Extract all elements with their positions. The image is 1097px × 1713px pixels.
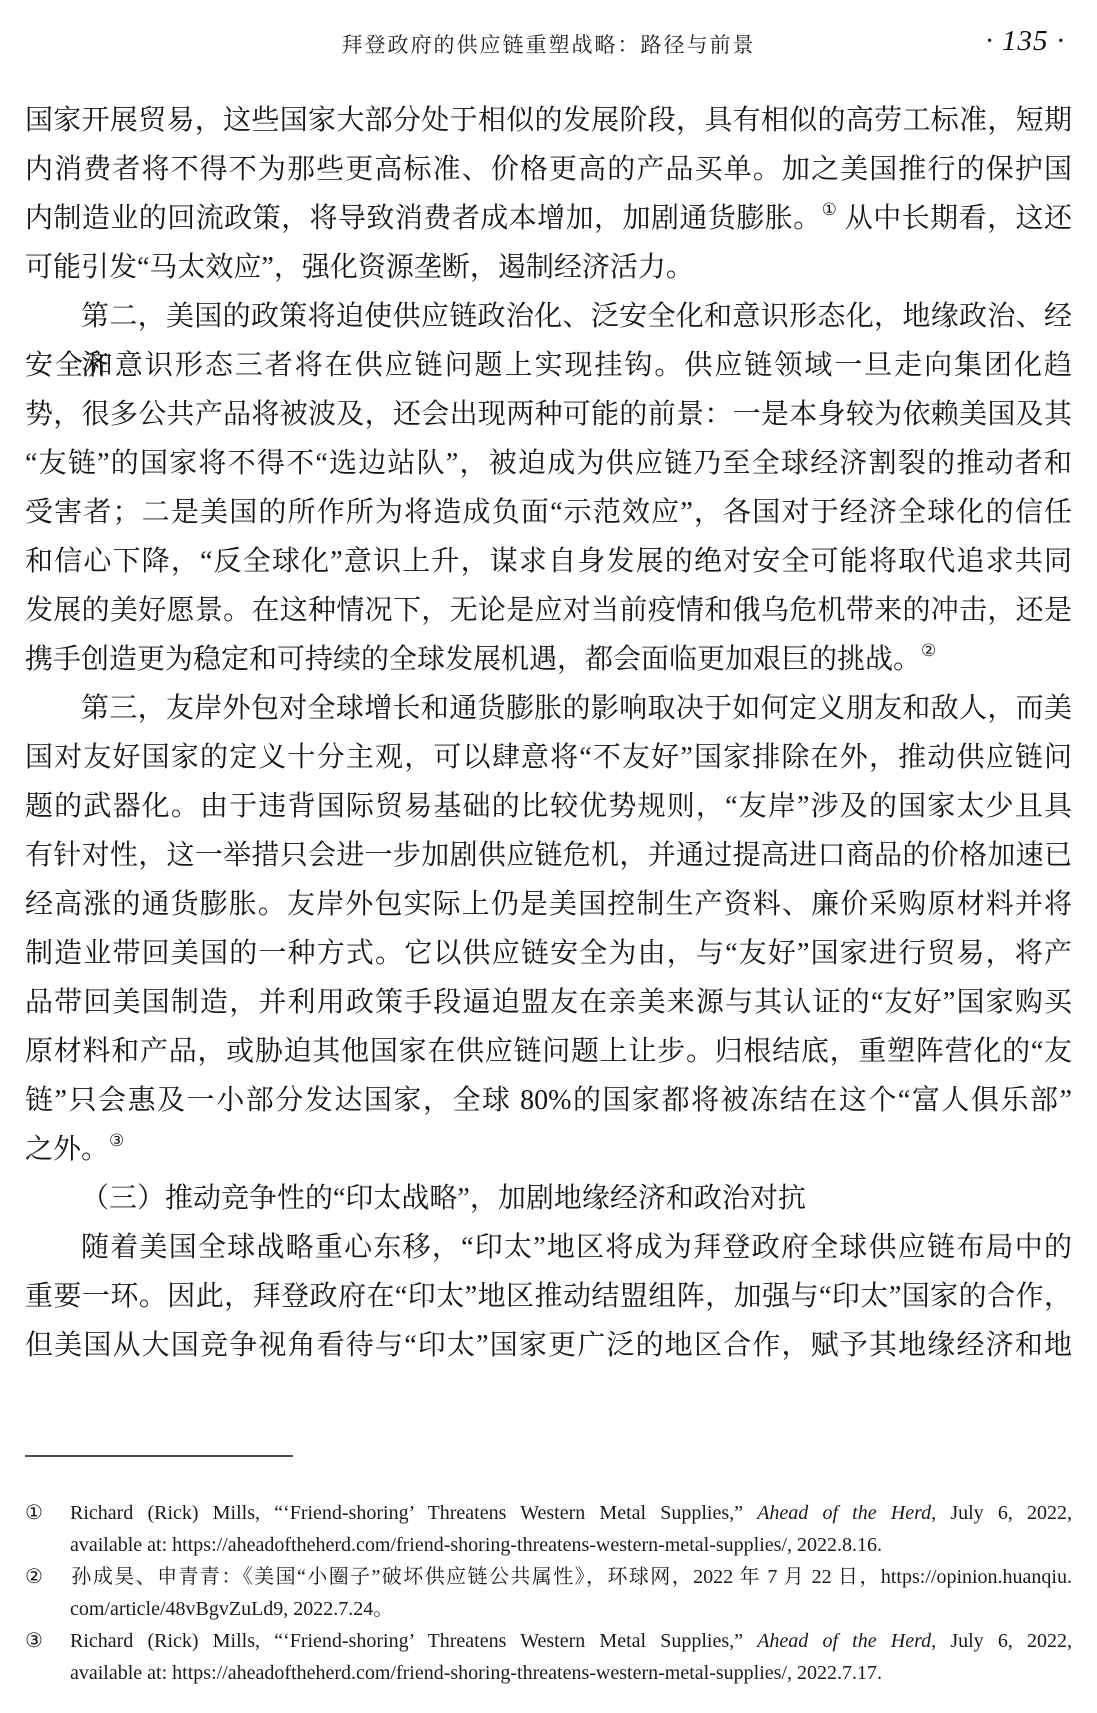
footnote-source-title: Ahead of the Herd — [757, 1502, 931, 1524]
body-line: 势，很多公共产品将被波及，还会出现两种可能的前景：一是本身较为依赖美国及其 — [25, 390, 1072, 439]
footnote-ref: ③ — [109, 1131, 124, 1150]
body-text: 国家开展贸易，这些国家大部分处于相似的发展阶段，具有相似的高劳工标准，短期内消费… — [25, 96, 1072, 1370]
footnote-text: Richard (Rick) Mills, “‘Friend-shoring’ … — [70, 1630, 757, 1652]
footnote-line: ③Richard (Rick) Mills, “‘Friend-shoring’… — [25, 1625, 1072, 1657]
body-line: 随着美国全球战略重心东移，“印太”地区将成为拜登政府全球供应链布局中的 — [25, 1223, 1072, 1272]
body-line: 题的武器化。由于违背国际贸易基础的比较优势规则，“友岸”涉及的国家太少且具 — [25, 782, 1072, 831]
footnote-marker: ② — [25, 1561, 70, 1593]
body-line: 国对友好国家的定义十分主观，可以肆意将“不友好”国家排除在外，推动供应链问 — [25, 733, 1072, 782]
body-line: 受害者；二是美国的所作所为将造成负面“示范效应”，各国对于经济全球化的信任 — [25, 488, 1072, 537]
footnote-text: , July 6, 2022, — [931, 1502, 1072, 1524]
body-line: 链”只会惠及一小部分发达国家，全球 80%的国家都将被冻结在这个“富人俱乐部” — [25, 1076, 1072, 1125]
body-line: 可能引发“马太效应”，强化资源垄断，遏制经济活力。 — [25, 243, 1072, 292]
body-line: 和信心下降，“反全球化”意识上升，谋求自身发展的绝对安全可能将取代追求共同 — [25, 537, 1072, 586]
footnote-line: com/article/48vBgvZuLd9, 2022.7.24。 — [25, 1593, 1072, 1625]
body-line: 第二，美国的政策将迫使供应链政治化、泛安全化和意识形态化，地缘政治、经济 — [25, 292, 1072, 341]
footnotes-list: ①Richard (Rick) Mills, “‘Friend-shoring’… — [25, 1497, 1072, 1689]
footnote-marker: ① — [25, 1497, 70, 1529]
body-line: 原材料和产品，或胁迫其他国家在供应链问题上让步。归根结底，重塑阵营化的“友 — [25, 1027, 1072, 1076]
footnote-line: available at: https://aheadoftheherd.com… — [25, 1657, 1072, 1689]
running-title: 拜登政府的供应链重塑战略：路径与前景 — [0, 30, 1097, 60]
footnote-line: ②孙成昊、申青青：《美国“小圈子”破坏供应链公共属性》，环球网，2022 年 7… — [25, 1561, 1072, 1593]
body-line: （三）推动竞争性的“印太战略”，加剧地缘经济和政治对抗 — [25, 1174, 1072, 1223]
footnote-text: available at: https://aheadoftheherd.com… — [70, 1534, 882, 1556]
body-line: 经高涨的通货膨胀。友岸外包实际上仍是美国控制生产资料、廉价采购原材料并将 — [25, 880, 1072, 929]
paper-page: 拜登政府的供应链重塑战略：路径与前景 · 135 · 国家开展贸易，这些国家大部… — [0, 0, 1097, 1713]
body-line: 第三，友岸外包对全球增长和通货膨胀的影响取决于如何定义朋友和敌人，而美 — [25, 684, 1072, 733]
body-line: 之外。③ — [25, 1125, 1072, 1174]
body-line: 重要一环。因此，拜登政府在“印太”地区推动结盟组阵，加强与“印太”国家的合作， — [25, 1272, 1072, 1321]
body-line: 国家开展贸易，这些国家大部分处于相似的发展阶段，具有相似的高劳工标准，短期 — [25, 96, 1072, 145]
body-line: 品带回美国制造，并利用政策手段逼迫盟友在亲美来源与其认证的“友好”国家购买 — [25, 978, 1072, 1027]
footnote-text: com/article/48vBgvZuLd9, 2022.7.24。 — [70, 1598, 393, 1620]
footnote-source-title: Ahead of the Herd — [757, 1630, 931, 1652]
body-line: “友链”的国家将不得不“选边站队”，被迫成为供应链乃至全球经济割裂的推动者和 — [25, 439, 1072, 488]
footnote-text: , July 6, 2022, — [931, 1630, 1072, 1652]
body-line: 安全和意识形态三者将在供应链问题上实现挂钩。供应链领域一旦走向集团化趋 — [25, 341, 1072, 390]
footnote-ref: ② — [921, 641, 936, 660]
body-line: 制造业带回美国的一种方式。它以供应链安全为由，与“友好”国家进行贸易，将产 — [25, 929, 1072, 978]
footnote-text: Richard (Rick) Mills, “‘Friend-shoring’ … — [70, 1502, 757, 1524]
footnote-text: 孙成昊、申青青：《美国“小圈子”破坏供应链公共属性》，环球网，2022 年 7 … — [70, 1566, 1072, 1588]
footnote-divider — [25, 1455, 293, 1457]
body-line: 有针对性，这一举措只会进一步加剧供应链危机，并通过提高进口商品的价格加速已 — [25, 831, 1072, 880]
footnote-marker: ③ — [25, 1625, 70, 1657]
body-line: 发展的美好愿景。在这种情况下，无论是应对当前疫情和俄乌危机带来的冲击，还是 — [25, 586, 1072, 635]
footnote-line: ①Richard (Rick) Mills, “‘Friend-shoring’… — [25, 1497, 1072, 1529]
body-line: 但美国从大国竞争视角看待与“印太”国家更广泛的地区合作，赋予其地缘经济和地 — [25, 1321, 1072, 1370]
footnote-text: available at: https://aheadoftheherd.com… — [70, 1662, 882, 1684]
footnote-line: available at: https://aheadoftheherd.com… — [25, 1529, 1072, 1561]
body-line: 内制造业的回流政策，将导致消费者成本增加，加剧通货膨胀。① 从中长期看，这还 — [25, 194, 1072, 243]
body-line: 携手创造更为稳定和可持续的全球发展机遇，都会面临更加艰巨的挑战。② — [25, 635, 1072, 684]
footnote-ref: ① — [822, 200, 838, 219]
page-number: · 135 · — [986, 22, 1066, 60]
body-line: 内消费者将不得不为那些更高标准、价格更高的产品买单。加之美国推行的保护国 — [25, 145, 1072, 194]
